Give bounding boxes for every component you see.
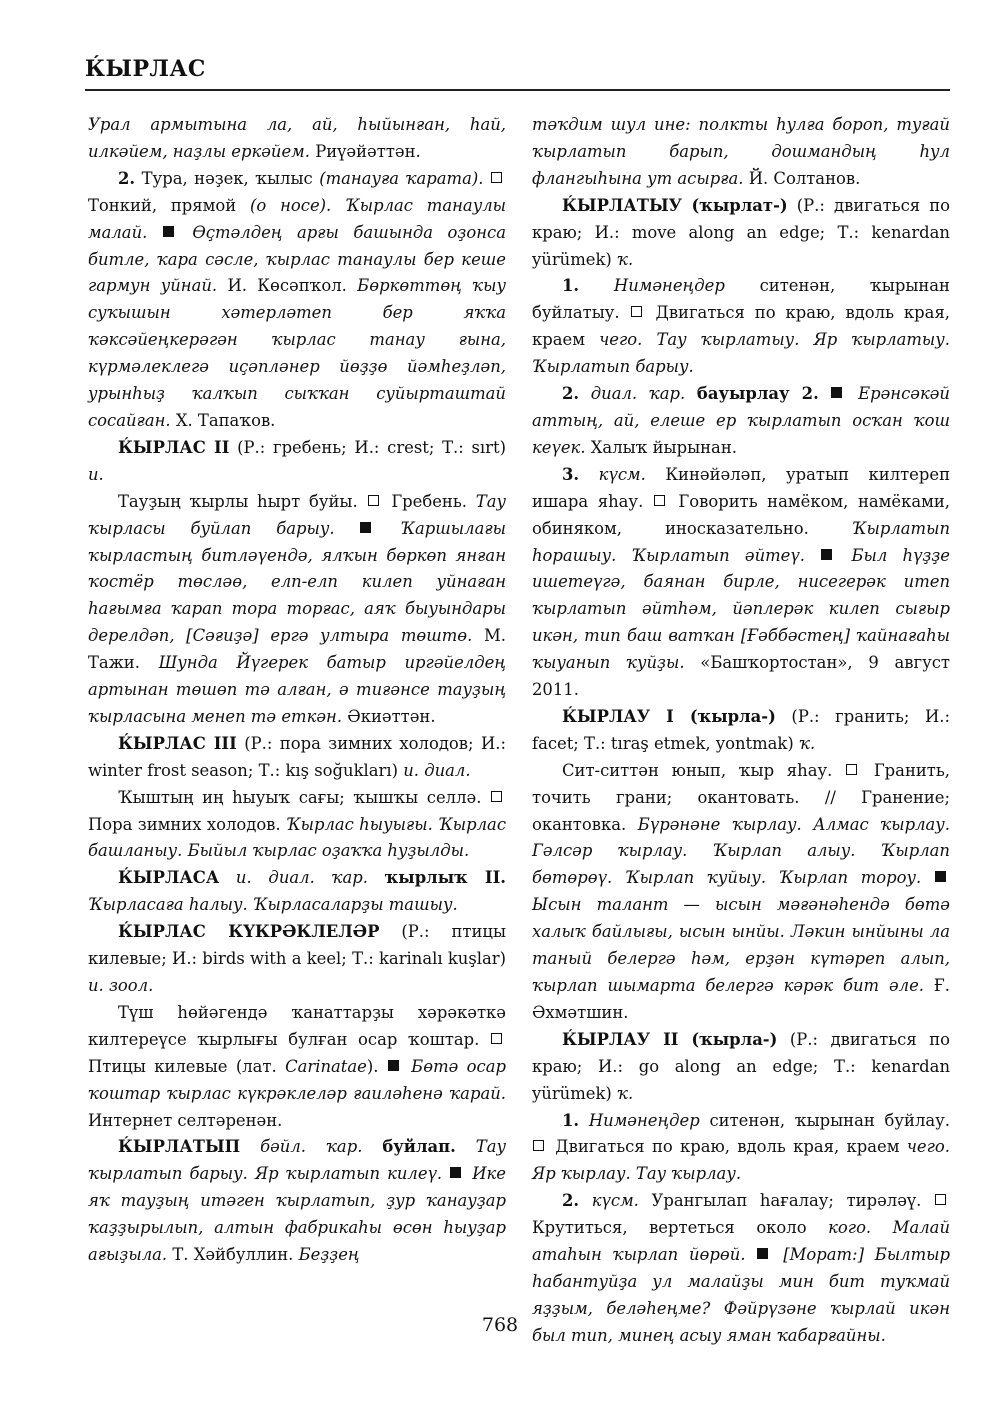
header-rule	[85, 89, 950, 91]
page-number: 768	[0, 1314, 1000, 1336]
open-square-icon	[631, 306, 642, 317]
definition-text: ситенән, ҡырынан буйлау.	[700, 1111, 950, 1130]
usage-note: (танауға ҡарата).	[319, 169, 483, 188]
part-of-speech: и.	[88, 465, 104, 484]
source-text: Әкиәттән.	[342, 707, 436, 726]
quotation-text: тәҡдим шул ине: полкты һулға бороп, туға…	[532, 115, 950, 188]
cross-reference-label: диал. ҡар.	[579, 384, 697, 403]
definition-text: Ҡыштың иң һыуыҡ сағы; ҡышҡы селлә.	[118, 788, 481, 807]
headword: ЌЫРЛАУ II (ҡырла-)	[562, 1030, 777, 1049]
open-square-icon	[935, 1194, 946, 1205]
filled-square-icon	[831, 387, 842, 398]
definition-text: Сит-ситтән юнып, ҡыр яһау.	[562, 761, 832, 780]
cross-reference-label: и. диал. ҡар.	[219, 868, 385, 887]
source-text: Т. Хәйбуллин.	[167, 1245, 298, 1264]
part-of-speech: и. диал.	[403, 761, 470, 780]
translation-text: Тонкий, прямой	[88, 196, 250, 215]
filled-square-icon	[450, 1167, 461, 1178]
usage-note: Нимәнеңдер	[579, 1111, 700, 1130]
headword: ЌЫРЛАС II	[118, 438, 229, 457]
filled-square-icon	[935, 871, 946, 882]
entry-kyrlas-3: ЌЫРЛАС III (Р.: пора зимних холодов; И.:…	[88, 731, 506, 785]
continued-paragraph: Урал армытына ла, ай, һыйынған, һай, илк…	[88, 112, 506, 166]
source-text: Интернет селтәренән.	[88, 1111, 282, 1130]
sense-number: 1.	[562, 276, 579, 295]
continued-paragraph: тәҡдим шул ине: полкты һулға бороп, туға…	[532, 112, 950, 193]
right-column: тәҡдим шул ине: полкты һулға бороп, туға…	[532, 112, 950, 1350]
entry-body: Тауҙың ҡырлы һырт буйы. Гребень. Тау ҡыр…	[88, 489, 506, 731]
headword: ЌЫРЛАТЫП	[118, 1137, 240, 1156]
headword: ЌЫРЛАС КҮКРӘКЛЕЛӘР	[118, 922, 379, 941]
open-square-icon	[533, 1140, 544, 1151]
entry-kyrlatyu: ЌЫРЛАТЫУ (ҡырлат-) (Р.: двигаться по кра…	[532, 193, 950, 274]
open-square-icon	[846, 764, 857, 775]
sense-paragraph: 2. Тура, нәҙек, ҡылыс (танауға ҡарата). …	[88, 166, 506, 435]
entry-kyrlasa: ЌЫРЛАСА и. диал. ҡар. ҡырлыҡ II. Ҡырласа…	[88, 865, 506, 919]
definition-text: Урангылап һағалау; тирәләү.	[639, 1191, 921, 1210]
cross-reference-link[interactable]: бауырлау 2.	[697, 384, 819, 403]
example-text: Ҡырласаға һалыу. Ҡырласаларҙы ташыу.	[88, 895, 458, 914]
quotation-text: Бөркөттөң ҡыу суҡышын хәтерләтеп бер яҡҡ…	[88, 276, 506, 430]
sense-number: 2.	[562, 384, 579, 403]
entry-kyrlau-2: ЌЫРЛАУ II (ҡырла-) (Р.: двигаться по кра…	[532, 1027, 950, 1108]
headword: ЌЫРЛАС III	[118, 734, 237, 753]
filled-square-icon	[757, 1248, 768, 1259]
filled-square-icon	[821, 549, 832, 560]
entry-body: Түш һөйәгендә ҡанаттарҙы хәрәкәткә килте…	[88, 1000, 506, 1135]
translation-text: Двигаться по краю, вдоль края, краем	[548, 1137, 907, 1156]
open-square-icon	[491, 1033, 502, 1044]
equivalents: (Р.: гребень; И.: crest; Т.: sırt)	[229, 438, 506, 457]
open-square-icon	[491, 172, 502, 183]
source-text: Х. Тапаҡов.	[171, 411, 276, 430]
open-square-icon	[654, 495, 665, 506]
sense-number: 2.	[562, 1191, 579, 1210]
translation-text: Птицы килевые (лат.	[88, 1057, 285, 1076]
usage-note: Нимәнеңдер	[579, 276, 725, 295]
translation-text: Крутиться, вертеться около	[532, 1218, 828, 1237]
entry-body: Ҡыштың иң һыуыҡ сағы; ҡышҡы селлә. Пора …	[88, 785, 506, 866]
sense-number: 1.	[562, 1111, 579, 1130]
definition-text: Түш һөйәгендә ҡанаттарҙы хәрәкәткә килте…	[88, 1003, 506, 1049]
sense-paragraph: 1. Нимәнеңдер ситенән, ҡырынан буйлау. Д…	[532, 1108, 950, 1189]
sense-number: 2.	[118, 169, 135, 188]
cross-reference-link[interactable]: буйлап.	[382, 1137, 455, 1156]
sense-number: 3.	[562, 465, 579, 484]
definition-text: Тура, нәҙек, ҡылыс	[135, 169, 319, 188]
latin-name: Carinatae	[285, 1057, 367, 1076]
filled-square-icon	[163, 226, 174, 237]
sense-paragraph: 1. Нимәнеңдер ситенән, ҡырынан буйлатыу.…	[532, 273, 950, 381]
headword: ЌЫРЛАТЫУ (ҡырлат-)	[562, 196, 788, 215]
translation-text: Гребень.	[383, 492, 476, 511]
entry-kyrlatyp: ЌЫРЛАТЫП бәйл. ҡар. буйлап. Тау ҡырлатып…	[88, 1134, 506, 1269]
cross-reference-label: бәйл. ҡар.	[240, 1137, 382, 1156]
entry-kyrlas-kukraklelar: ЌЫРЛАС КҮКРӘКЛЕЛӘР (Р.: птицы килевые; И…	[88, 919, 506, 1000]
part-of-speech: ҡ.	[799, 734, 815, 753]
filled-square-icon	[360, 522, 371, 533]
headword: ЌЫРЛАУ I (ҡырла-)	[562, 707, 776, 726]
cross-reference-link[interactable]: ҡырлыҡ II.	[385, 868, 506, 887]
quotation-text: Ысын талант — ысын мәғәнәһендә бөтә халы…	[532, 895, 950, 995]
definition-text: Тауҙың ҡырлы һырт буйы.	[118, 492, 358, 511]
source-text: Риүәйәттән.	[310, 142, 421, 161]
left-column: Урал армытына ла, ай, һыйынған, һай, илк…	[88, 112, 506, 1269]
source-text: Халыҡ йырынан.	[586, 438, 737, 457]
usage-note: күсм.	[579, 465, 646, 484]
sense-paragraph: 3. күсм. Кинәйәләп, уратып килтереп ишар…	[532, 462, 950, 704]
open-square-icon	[368, 495, 379, 506]
part-of-speech: и. зоол.	[88, 976, 153, 995]
filled-square-icon	[388, 1060, 399, 1071]
entry-kyrlau-1: ЌЫРЛАУ I (ҡырла-) (Р.: гранить; И.: face…	[532, 704, 950, 758]
entry-kyrlas-2: ЌЫРЛАС II (Р.: гребень; И.: crest; Т.: s…	[88, 435, 506, 489]
entry-body: Сит-ситтән юнып, ҡыр яһау. Гранить, точи…	[532, 758, 950, 1027]
quotation-text: Беҙҙең	[299, 1245, 360, 1264]
translation-text: Пора зимних холодов.	[88, 815, 286, 834]
usage-note: күсм.	[579, 1191, 639, 1210]
running-head: ЌЫРЛАС	[85, 56, 206, 82]
source-text: И. Көсәпҡол.	[217, 276, 357, 295]
part-of-speech: ҡ.	[617, 1084, 633, 1103]
open-square-icon	[491, 791, 502, 802]
headword: ЌЫРЛАСА	[118, 868, 219, 887]
example-text: Урал армытына ла, ай, һыйынған, һай, илк…	[88, 115, 506, 161]
source-text: Й. Солтанов.	[743, 169, 860, 188]
sense-paragraph: 2. диал. ҡар. бауырлау 2. Ерәнсәкәй атты…	[532, 381, 950, 462]
part-of-speech: ҡ.	[617, 250, 633, 269]
translation-text: ).	[367, 1057, 379, 1076]
